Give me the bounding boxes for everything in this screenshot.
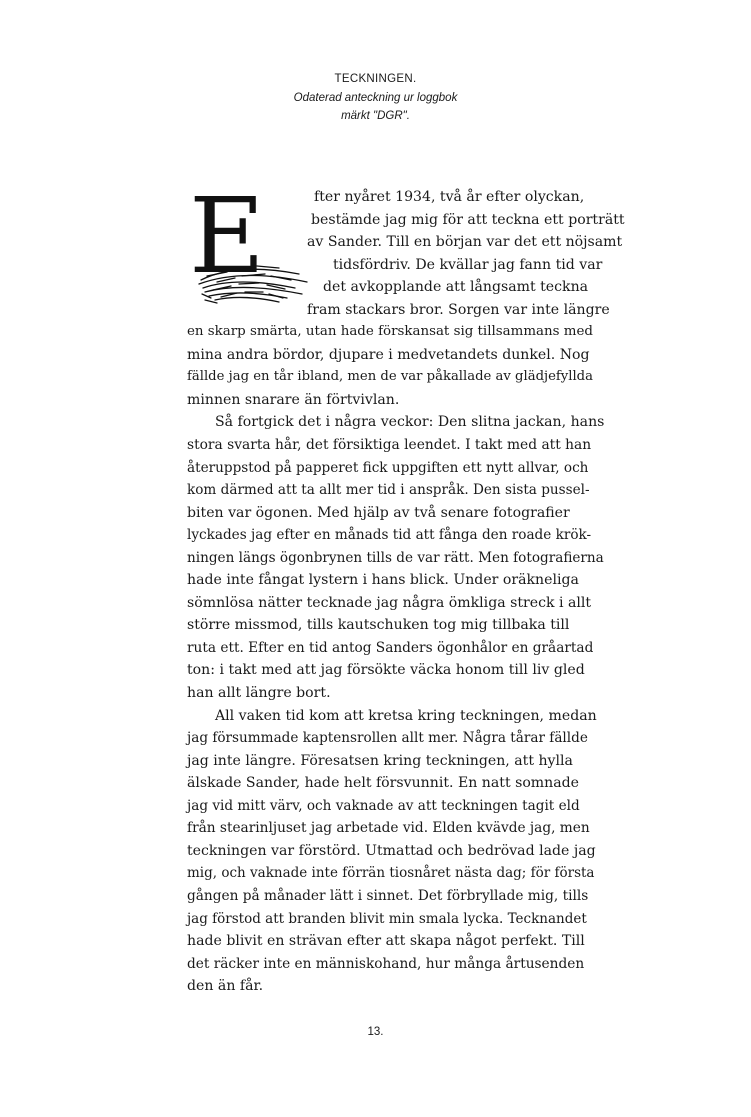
text-line: minnen snarare än förtvivlan. [187,389,565,412]
text-line: den än får. [187,975,565,998]
paragraph-2: Så fortgick det i några veckor: Den slit… [187,411,565,704]
body-text: E fter nyåret 1934, två år efter olyckan… [187,186,565,998]
dropcap-feather-icon: E [187,194,312,304]
chapter-subtitle-line-1: Odaterad anteckning ur loggbok [0,89,751,108]
text-line: bestämde jag mig för att teckna ett port… [311,209,565,232]
chapter-subtitle-line-2: märkt "DGR". [0,107,751,126]
text-line: mig, och vaknade inte förrän tiosnåret n… [187,862,565,885]
text-line: ton: i takt med att jag försökte väcka h… [187,659,565,682]
text-line: jag vid mitt värv, och vaknade av att te… [187,795,565,818]
text-line: Så fortgick det i några veckor: Den slit… [215,411,565,434]
text-line: fällde jag en tår ibland, men de var påk… [187,366,565,389]
text-line: älskade Sander, hade helt försvunnit. En… [187,772,565,795]
text-line: jag försummade kaptensrollen allt mer. N… [187,727,565,750]
text-line: All vaken tid kom att kretsa kring teckn… [215,705,565,728]
text-line: av Sander. Till en början var det ett nö… [307,231,565,254]
text-line: han allt längre bort. [187,682,565,705]
text-line: det räcker inte en människohand, hur mån… [187,953,565,976]
text-line: jag förstod att branden blivit min smala… [187,908,565,931]
text-line: lyckades jag efter en månads tid att fån… [187,524,565,547]
text-line: det avkopplande att långsamt teckna [323,276,565,299]
page-number: 13. [0,1026,751,1038]
text-line: fram stackars bror. Sorgen var inte läng… [307,299,565,322]
text-line: fter nyåret 1934, två år efter olyckan, [314,186,565,209]
text-line: större missmod, tills kautschuken tog mi… [187,614,565,637]
text-line: återuppstod på papperet fick uppgiften e… [187,457,565,480]
text-line: ruta ett. Efter en tid antog Sanders ögo… [187,637,565,660]
text-line: en skarp smärta, utan hade förskansat si… [187,321,565,344]
text-line: jag inte längre. Föresatsen kring teckni… [187,750,565,773]
paragraph-3: All vaken tid kom att kretsa kring teckn… [187,705,565,998]
text-line: biten var ögonen. Med hjälp av två senar… [187,502,565,525]
text-line: ningen längs ögonbrynen tills de var rät… [187,547,565,570]
chapter-title: TECKNINGEN. [0,70,751,89]
dropcap-letter: E [189,194,265,297]
text-line: tidsfördriv. De kvällar jag fann tid var [333,254,565,277]
text-line: mina andra bördor, djupare i medvetandet… [187,344,565,367]
text-line: hade inte fångat lystern i hans blick. U… [187,569,565,592]
text-line: gången på månader lätt i sinnet. Det för… [187,885,565,908]
text-line: teckningen var förstörd. Utmattad och be… [187,840,565,863]
text-line: kom därmed att ta allt mer tid i anspråk… [187,479,565,502]
text-line: från stearinljuset jag arbetade vid. Eld… [187,817,565,840]
text-line: sömnlösa nätter tecknade jag några ömkli… [187,592,565,615]
text-line: stora svarta hår, det försiktiga leendet… [187,434,565,457]
text-line: hade blivit en strävan efter att skapa n… [187,930,565,953]
chapter-header: TECKNINGEN. Odaterad anteckning ur loggb… [0,70,751,126]
